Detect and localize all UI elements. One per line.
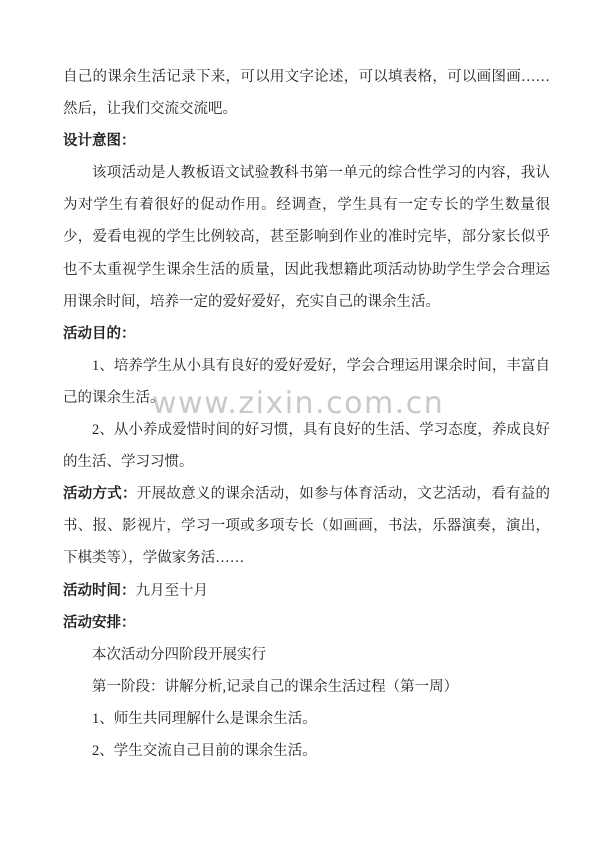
- paragraph-stage-1-title: 第一阶段：讲解分析,记录自己的课余生活过程（第一周）: [63, 671, 550, 703]
- activity-method-text: 开展故意义的课余活动，如参与体育活动，文艺活动，看有益的书、报、影视片，学习一项…: [63, 486, 550, 566]
- paragraph-design-intent: 该项活动是人教板语文试验教科书第一单元的综合性学习的内容，我认为对学生有着很好的…: [63, 157, 550, 317]
- paragraph-activity-time: 活动时间：九月至十月: [63, 575, 550, 607]
- heading-schedule: 活动安排：: [63, 607, 550, 639]
- list-item-stage1-1: 1、师生共同理解什么是课余生活。: [63, 703, 550, 735]
- paragraph-activity-method: 活动方式：开展故意义的课余活动，如参与体育活动，文艺活动，看有益的书、报、影视片…: [63, 478, 550, 574]
- heading-design-intent: 设计意图：: [63, 125, 550, 157]
- activity-time-text: 九月至十月: [136, 583, 209, 599]
- list-item-objective-2: 2、从小养成爱惜时间的好习惯，具有良好的生活、学习态度，养成良好的生活、学习习惯…: [63, 414, 550, 478]
- heading-objectives: 活动目的：: [63, 318, 550, 350]
- paragraph-intro-continuation: 自己的课余生活记录下来，可以用文字论述，可以填表格，可以画图画……然后，让我们交…: [63, 61, 550, 125]
- document-content: 自己的课余生活记录下来，可以用文字论述，可以填表格，可以画图画……然后，让我们交…: [63, 61, 550, 767]
- document-page: www.zixin.com.cn 自己的课余生活记录下来，可以用文字论述，可以填…: [0, 0, 600, 847]
- list-item-objective-1: 1、培养学生从小具有良好的爱好爱好，学会合理运用课余时间，丰富自己的课余生活。: [63, 350, 550, 414]
- activity-time-label: 活动时间：: [63, 583, 136, 599]
- paragraph-schedule-intro: 本次活动分四阶段开展实行: [63, 639, 550, 671]
- list-item-stage1-2: 2、学生交流自己目前的课余生活。: [63, 735, 550, 767]
- activity-method-label: 活动方式：: [63, 486, 137, 502]
